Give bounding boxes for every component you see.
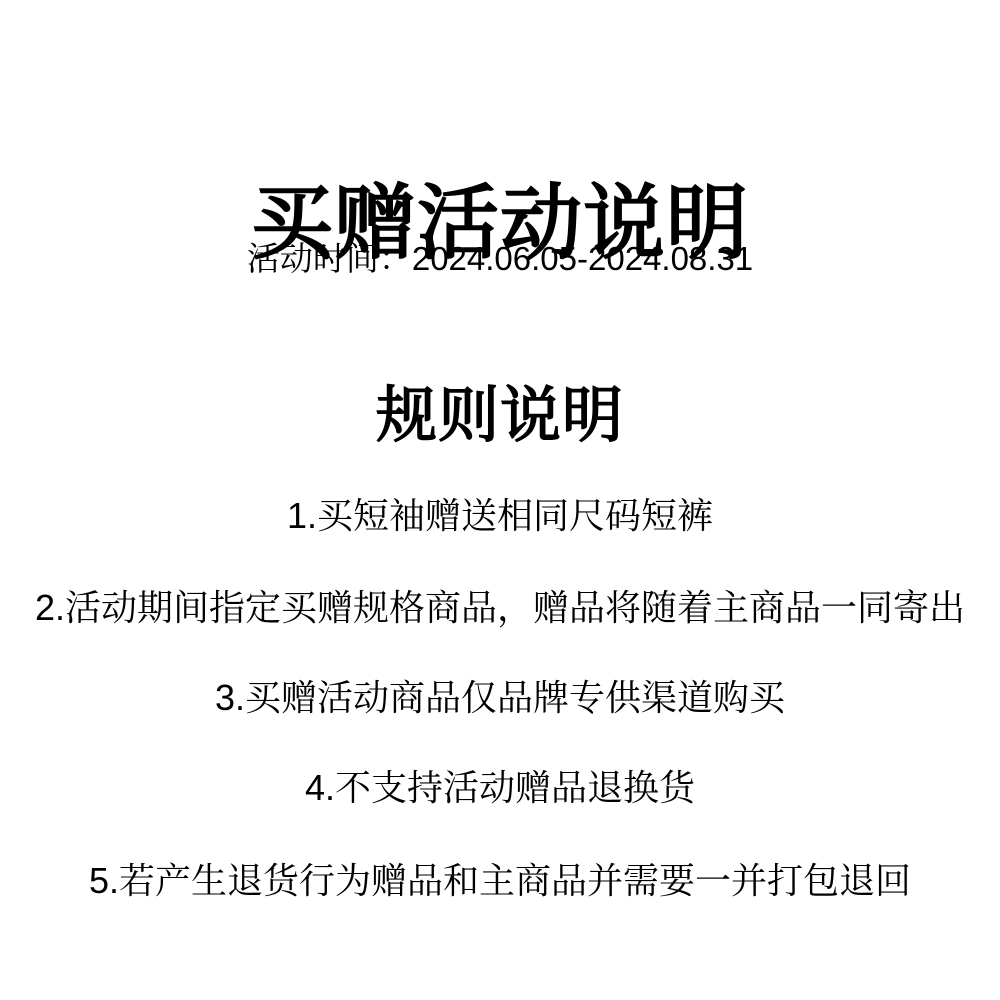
rule-item-4: 4.不支持活动赠品退换货 [0, 770, 1000, 806]
rule-item-3: 3.买赠活动商品仅品牌专供渠道购买 [0, 680, 1000, 716]
rule-item-5: 5.若产生退货行为赠品和主商品并需要一并打包退回 [0, 863, 1000, 899]
rule-item-2: 2.活动期间指定买赠规格商品，赠品将随着主商品一同寄出 [0, 590, 1000, 626]
promo-notice-page: 买赠活动说明 活动时间：2024.06.05-2024.08.31 规则说明 1… [0, 0, 1000, 1000]
rule-item-1: 1.买短袖赠送相同尺码短裤 [0, 498, 1000, 534]
rules-section-title: 规则说明 [0, 385, 1000, 446]
activity-time-text: 活动时间：2024.06.05-2024.08.31 [0, 242, 1000, 275]
